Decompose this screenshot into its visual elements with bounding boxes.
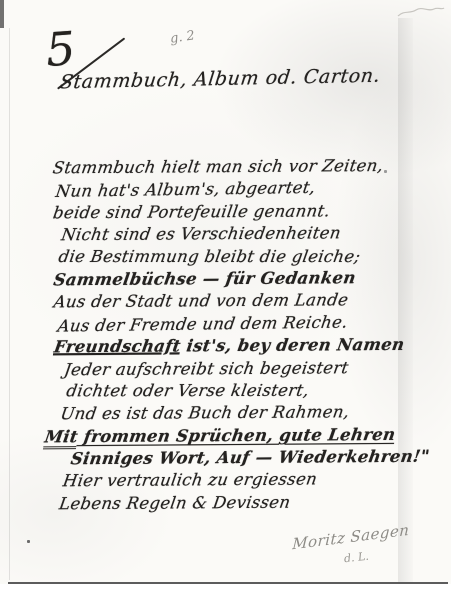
poem-text-block: Stammbuch hielt man sich vor Zeiten,Nun … (53, 155, 430, 516)
poem-line: beide sind Portefeuille genannt. (51, 199, 429, 224)
photo-left-edge (9, 28, 10, 580)
scanned-manuscript-photo: 5 g. 2 Stammbuch, Album od. Carton. Stam… (0, 0, 451, 600)
page-title: Stammbuch, Album od. Carton. (59, 65, 382, 94)
poem-line: Jeder aufschreibt sich begeistert (63, 356, 431, 381)
scan-corner-artifact (0, 0, 4, 28)
pencil-signature-note: d. L. (343, 550, 369, 566)
catalog-number: 5 (44, 25, 76, 73)
poem-line: Freundschaft ist's, bey deren Namen (52, 334, 430, 359)
photograph-of-page: 5 g. 2 Stammbuch, Album od. Carton. Stam… (0, 0, 451, 584)
poem-line: die Bestimmung bleibt die gleiche; (57, 246, 430, 268)
corner-pencil-mark (396, 3, 446, 21)
poem-line: Sinniges Wort, Auf — Wiederkehren!" (69, 446, 431, 471)
ink-speck (27, 540, 30, 543)
pencil-signature: Moritz Saegen (292, 521, 410, 554)
poem-line: Sammelbüchse — für Gedanken (52, 267, 430, 292)
poem-line: Hier vertraulich zu ergiessen (61, 468, 431, 493)
poem-line: Nicht sind es Verschiedenheiten (60, 222, 430, 247)
poem-line: Mit frommen Sprüchen, gute Lehren (43, 423, 431, 448)
header-pencil-note: g. 2 (169, 28, 196, 46)
photo-bottom-edge (8, 582, 448, 584)
poem-line: Und es ist das Buch der Rahmen, (59, 401, 431, 426)
poem-line: dichtet oder Verse kleistert, (65, 380, 431, 403)
poem-line: Lebens Regeln & Devissen (57, 491, 431, 516)
ink-speck (384, 170, 387, 173)
